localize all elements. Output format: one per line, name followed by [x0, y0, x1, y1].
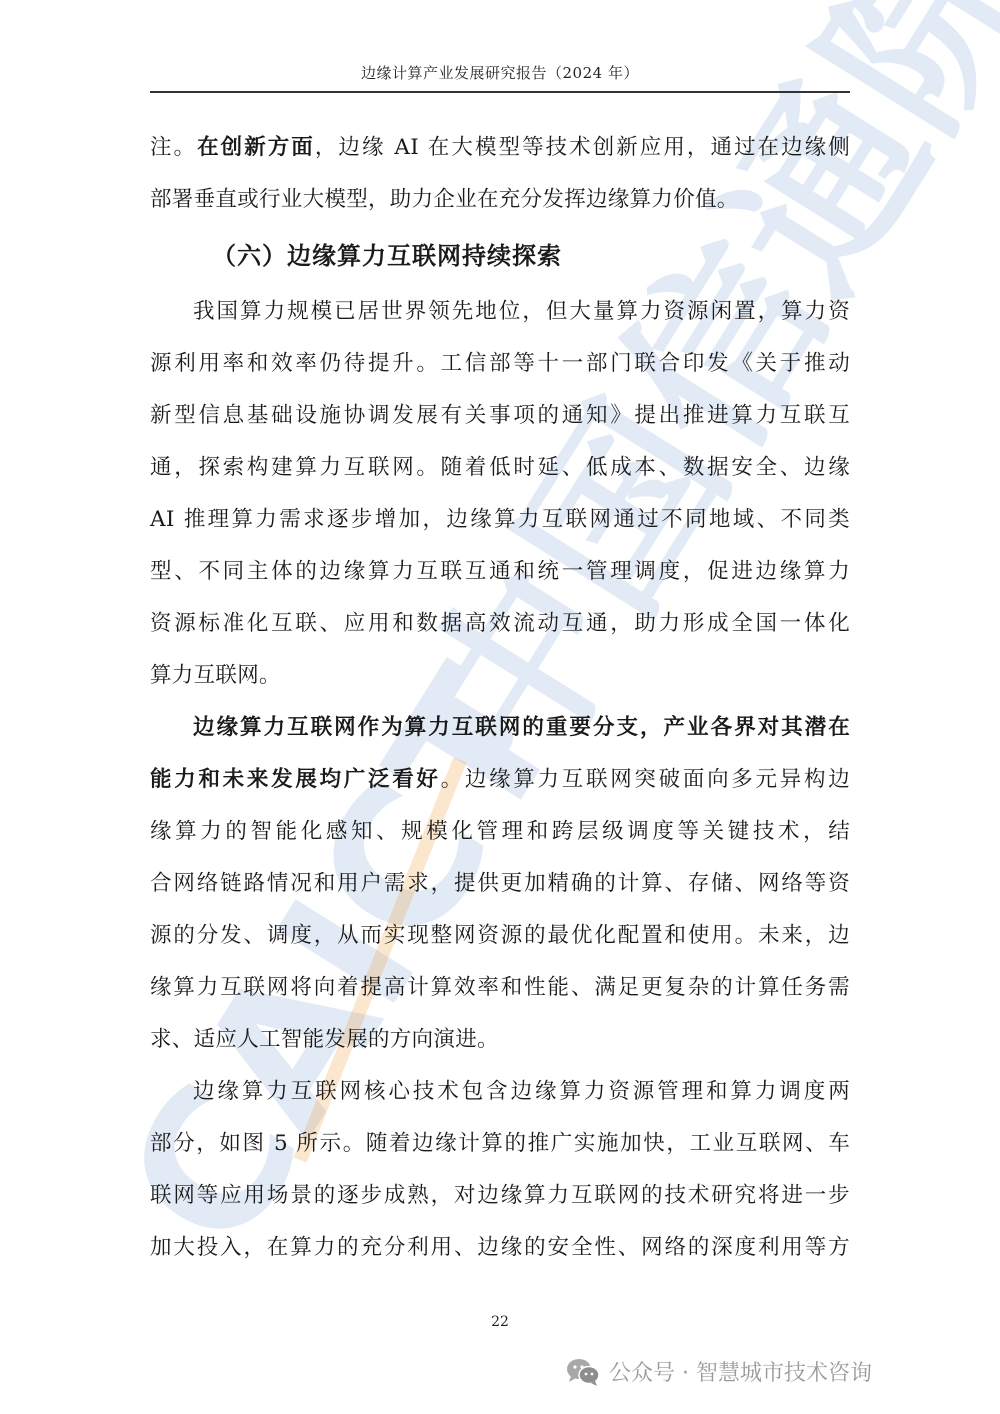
wechat-label: 公众号 · 智慧城市技术咨询 — [609, 1356, 872, 1387]
text-line: 求、适应人工智能发展的方向演进。 — [150, 1014, 850, 1066]
wechat-icon — [565, 1357, 601, 1387]
text-line: 缘算力的智能化感知、规模化管理和跨层级调度等关键技术，结 — [150, 806, 850, 858]
text-line: 注。在创新方面，边缘 AI 在大模型等技术创新应用，通过在边缘侧 — [150, 122, 850, 174]
document-body: 注。在创新方面，边缘 AI 在大模型等技术创新应用，通过在边缘侧 部署垂直或行业… — [150, 122, 850, 1274]
text-line: 算力互联网。 — [150, 650, 850, 702]
section-heading: （六）边缘算力互联网持续探索 — [150, 226, 850, 286]
bold-phrase: 能力和未来发展均广泛看好 — [150, 767, 441, 792]
bold-phrase: 在创新方面 — [197, 135, 315, 160]
text-line: 部署垂直或行业大模型，助力企业在充分发挥边缘算力价值。 — [150, 174, 850, 226]
header-rule — [150, 91, 850, 93]
text-line: 边缘算力互联网核心技术包含边缘算力资源管理和算力调度两 — [150, 1066, 850, 1118]
text-line: 源的分发、调度，从而实现整网资源的最优化配置和使用。未来，边 — [150, 910, 850, 962]
text-line: 缘算力互联网将向着提高计算效率和性能、满足更复杂的计算任务需 — [150, 962, 850, 1014]
running-header: 边缘计算产业发展研究报告（2024 年） — [150, 62, 850, 83]
text-line: 型、不同主体的边缘算力互联互通和统一管理调度，促进边缘算力 — [150, 546, 850, 598]
bold-line: 边缘算力互联网作为算力互联网的重要分支，产业各界对其潜在 — [150, 702, 850, 754]
text-line: 通，探索构建算力互联网。随着低时延、低成本、数据安全、边缘 — [150, 442, 850, 494]
page-number: 22 — [480, 1314, 520, 1330]
text-line: 部分，如图 5 所示。随着边缘计算的推广实施加快，工业互联网、车 — [150, 1118, 850, 1170]
text-line: 我国算力规模已居世界领先地位，但大量算力资源闲置，算力资 — [150, 286, 850, 338]
text-line: 源利用率和效率仍待提升。工信部等十一部门联合印发《关于推动 — [150, 338, 850, 390]
text-line: 新型信息基础设施协调发展有关事项的通知》提出推进算力互联互 — [150, 390, 850, 442]
text-line: 联网等应用场景的逐步成熟，对边缘算力互联网的技术研究将进一步 — [150, 1170, 850, 1222]
text-line: 资源标准化互联、应用和数据高效流动互通，助力形成全国一体化 — [150, 598, 850, 650]
wechat-attribution: 公众号 · 智慧城市技术咨询 — [565, 1356, 872, 1387]
text-line: 加大投入，在算力的充分利用、边缘的安全性、网络的深度利用等方 — [150, 1222, 850, 1274]
text-line: 合网络链路情况和用户需求，提供更加精确的计算、存储、网络等资 — [150, 858, 850, 910]
text-line: 能力和未来发展均广泛看好。边缘算力互联网突破面向多元异构边 — [150, 754, 850, 806]
text-line: AI 推理算力需求逐步增加，边缘算力互联网通过不同地域、不同类 — [150, 494, 850, 546]
